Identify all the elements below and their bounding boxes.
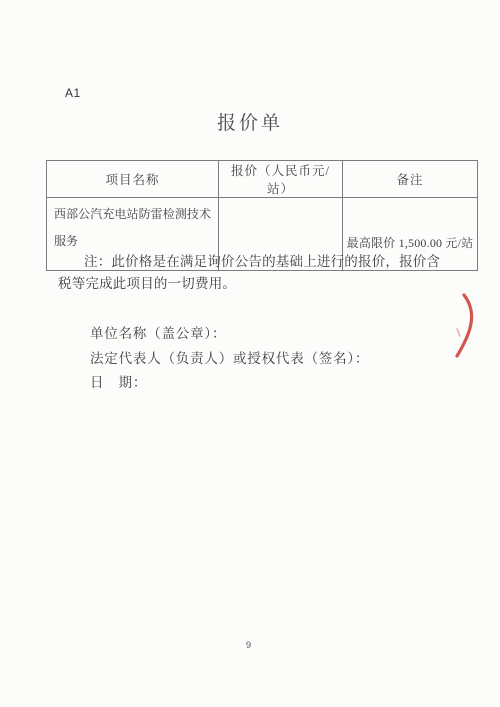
red-seal-edge-mark xyxy=(450,290,480,362)
column-header-remarks: 备注 xyxy=(343,161,478,198)
note-paragraph: 注：此价格是在满足询价公告的基础上进行的报价，报价含税等完成此项目的一切费用。 xyxy=(58,251,441,294)
quotation-document-page: A1 报价单 项目名称 报价（人民币元/站） 备注 西部公汽充电站防雷检测技术服… xyxy=(0,0,500,707)
seal-arc-stroke xyxy=(457,295,472,356)
document-label: A1 xyxy=(65,86,81,100)
page-number: 9 xyxy=(0,640,497,651)
date-label: 日 期： xyxy=(90,371,369,396)
column-header-quote: 报价（人民币元/站） xyxy=(219,161,343,198)
company-name-label: 单位名称（盖公章）： xyxy=(90,322,369,347)
column-header-item-name: 项目名称 xyxy=(47,161,219,198)
page-title: 报价单 xyxy=(0,108,500,135)
signature-block: 单位名称（盖公章）： 法定代表人（负责人）或授权代表（签名）： 日 期： xyxy=(90,322,369,396)
legal-representative-label: 法定代表人（负责人）或授权代表（签名）： xyxy=(90,347,369,372)
table-header-row: 项目名称 报价（人民币元/站） 备注 xyxy=(47,161,478,198)
seal-small-mark xyxy=(457,329,460,336)
